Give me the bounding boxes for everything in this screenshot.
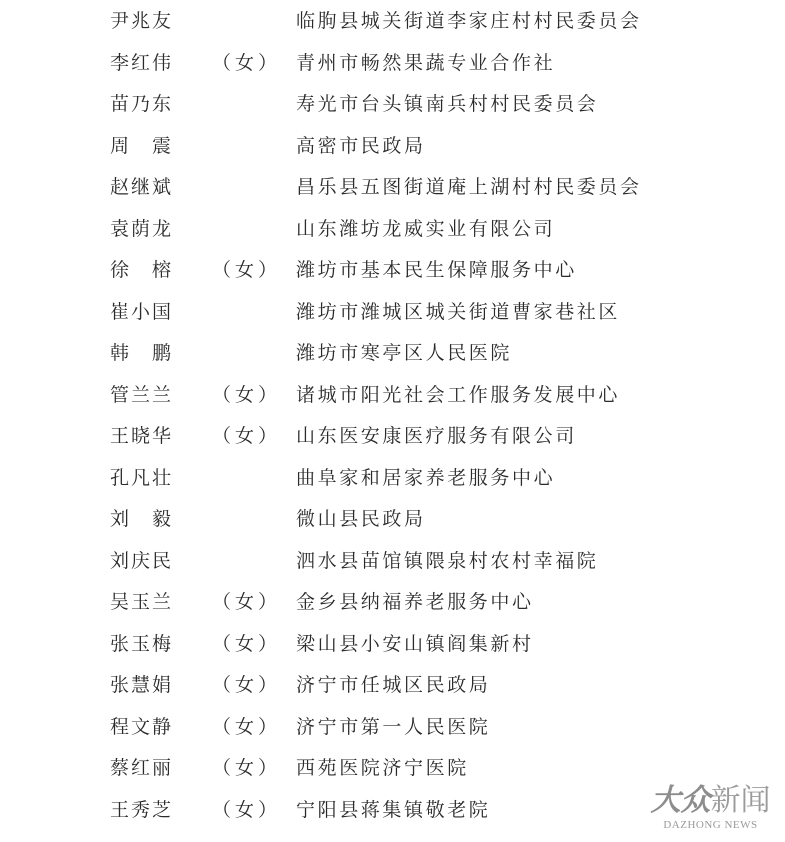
gender-note: （女） xyxy=(212,790,281,832)
organization: 昌乐县五图街道庵上湖村村民委员会 xyxy=(296,167,642,209)
list-item: 韩 鹏 潍坊市寒亭区人民医院 xyxy=(0,333,785,375)
person-name: 韩 鹏 xyxy=(110,333,173,375)
person-name: 李红伟 xyxy=(110,43,173,85)
list-item: 吴玉兰 （女） 金乡县纳福养老服务中心 xyxy=(0,582,785,624)
person-name: 蔡红丽 xyxy=(110,748,173,790)
list-item: 李红伟 （女） 青州市畅然果蔬专业合作社 xyxy=(0,43,785,85)
person-name: 周 震 xyxy=(110,126,173,168)
person-name: 王秀芝 xyxy=(110,790,173,832)
organization: 梁山县小安山镇阎集新村 xyxy=(296,624,534,666)
list-item: 赵继斌 昌乐县五图街道庵上湖村村民委员会 xyxy=(0,167,785,209)
organization: 潍坊市寒亭区人民医院 xyxy=(296,333,512,375)
gender-note: （女） xyxy=(212,707,281,749)
person-name: 张玉梅 xyxy=(110,624,173,666)
list-item: 徐 榕 （女） 潍坊市基本民生保障服务中心 xyxy=(0,250,785,292)
list-item: 程文静 （女） 济宁市第一人民医院 xyxy=(0,707,785,749)
organization: 寿光市台头镇南兵村村民委员会 xyxy=(296,84,598,126)
gender-note: （女） xyxy=(212,748,281,790)
list-item: 张慧娟 （女） 济宁市任城区民政局 xyxy=(0,665,785,707)
organization: 微山县民政局 xyxy=(296,499,426,541)
person-name: 苗乃东 xyxy=(110,84,173,126)
award-list: 尹兆友 临朐县城关街道李家庄村村民委员会 李红伟 （女） 青州市畅然果蔬专业合作… xyxy=(0,1,785,831)
list-item: 张玉梅 （女） 梁山县小安山镇阎集新村 xyxy=(0,624,785,666)
person-name: 刘 毅 xyxy=(110,499,173,541)
list-item: 王晓华 （女） 山东医安康医疗服务有限公司 xyxy=(0,416,785,458)
organization: 宁阳县蒋集镇敬老院 xyxy=(296,790,490,832)
dazhong-news-watermark: 大众新闻 DAZHONG NEWS xyxy=(648,784,773,832)
gender-note: （女） xyxy=(212,416,281,458)
organization: 济宁市任城区民政局 xyxy=(296,665,490,707)
organization: 山东潍坊龙威实业有限公司 xyxy=(296,209,555,251)
organization: 泗水县苗馆镇隈泉村农村幸福院 xyxy=(296,541,598,583)
gender-note: （女） xyxy=(212,582,281,624)
person-name: 张慧娟 xyxy=(110,665,173,707)
organization: 临朐县城关街道李家庄村村民委员会 xyxy=(296,1,642,43)
gender-note: （女） xyxy=(212,375,281,417)
organization: 曲阜家和居家养老服务中心 xyxy=(296,458,555,500)
organization: 青州市畅然果蔬专业合作社 xyxy=(296,43,555,85)
person-name: 程文静 xyxy=(110,707,173,749)
list-item: 尹兆友 临朐县城关街道李家庄村村民委员会 xyxy=(0,1,785,43)
person-name: 尹兆友 xyxy=(110,1,173,43)
gender-note: （女） xyxy=(212,250,281,292)
list-item: 苗乃东 寿光市台头镇南兵村村民委员会 xyxy=(0,84,785,126)
organization: 西苑医院济宁医院 xyxy=(296,748,469,790)
watermark-logo: 大众新闻 xyxy=(648,784,773,818)
watermark-brand-stylized: 大众 xyxy=(651,783,711,818)
list-item: 崔小国 潍坊市潍城区城关街道曹家巷社区 xyxy=(0,292,785,334)
person-name: 徐 榕 xyxy=(110,250,173,292)
organization: 山东医安康医疗服务有限公司 xyxy=(296,416,577,458)
list-item: 刘庆民 泗水县苗馆镇隈泉村农村幸福院 xyxy=(0,541,785,583)
organization: 潍坊市潍城区城关街道曹家巷社区 xyxy=(296,292,620,334)
gender-note: （女） xyxy=(212,624,281,666)
person-name: 王晓华 xyxy=(110,416,173,458)
watermark-brand-plain: 新闻 xyxy=(711,783,771,818)
person-name: 吴玉兰 xyxy=(110,582,173,624)
person-name: 管兰兰 xyxy=(110,375,173,417)
organization: 潍坊市基本民生保障服务中心 xyxy=(296,250,577,292)
person-name: 孔凡壮 xyxy=(110,458,173,500)
person-name: 赵继斌 xyxy=(110,167,173,209)
organization: 金乡县纳福养老服务中心 xyxy=(296,582,534,624)
organization: 高密市民政局 xyxy=(296,126,426,168)
gender-note: （女） xyxy=(212,665,281,707)
list-item: 刘 毅 微山县民政局 xyxy=(0,499,785,541)
organization: 诸城市阳光社会工作服务发展中心 xyxy=(296,375,620,417)
watermark-english: DAZHONG NEWS xyxy=(648,818,773,832)
gender-note: （女） xyxy=(212,43,281,85)
organization: 济宁市第一人民医院 xyxy=(296,707,490,749)
person-name: 袁荫龙 xyxy=(110,209,173,251)
list-item: 管兰兰 （女） 诸城市阳光社会工作服务发展中心 xyxy=(0,375,785,417)
person-name: 刘庆民 xyxy=(110,541,173,583)
list-item: 孔凡壮 曲阜家和居家养老服务中心 xyxy=(0,458,785,500)
list-item: 袁荫龙 山东潍坊龙威实业有限公司 xyxy=(0,209,785,251)
list-item: 周 震 高密市民政局 xyxy=(0,126,785,168)
person-name: 崔小国 xyxy=(110,292,173,334)
